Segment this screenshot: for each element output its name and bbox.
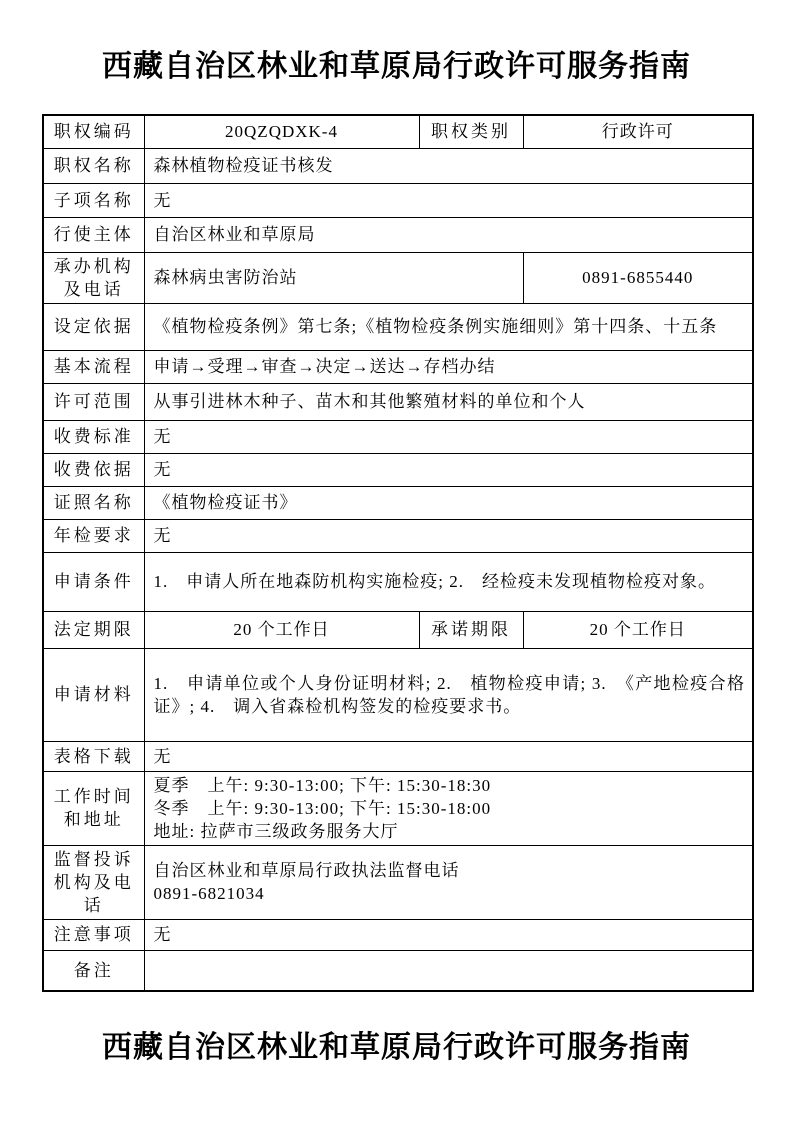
certificate-value: 《植物检疫证书》 — [144, 486, 753, 519]
power-type-value: 行政许可 — [523, 115, 753, 148]
table-row-power-code: 职权编码 20QZQDXK-4 职权类别 行政许可 — [43, 115, 753, 148]
notes-value: 无 — [144, 919, 753, 950]
table-row-annual-check: 年检要求 无 — [43, 519, 753, 552]
table-row-notes: 注意事项 无 — [43, 919, 753, 950]
table-row-subitem: 子项名称 无 — [43, 183, 753, 217]
next-page-title: 西藏自治区林业和草原局行政许可服务指南 — [0, 992, 793, 1067]
table-row-power-name: 职权名称 森林植物检疫证书核发 — [43, 148, 753, 183]
supervision-label-line2: 机构及电话 — [45, 871, 143, 917]
basis-label: 设定依据 — [43, 303, 144, 350]
promised-deadline-value: 20 个工作日 — [523, 611, 753, 648]
agency-label: 承办机构 及电话 — [43, 252, 144, 303]
worktime-value: 夏季 上午: 9:30-13:00; 下午: 15:30-18:30 冬季 上午… — [144, 771, 753, 845]
annual-check-label: 年检要求 — [43, 519, 144, 552]
basis-value: 《植物检疫条例》第七条;《植物检疫条例实施细则》第十四条、十五条 — [144, 303, 753, 350]
authority-label: 行使主体 — [43, 217, 144, 252]
fee-basis-value: 无 — [144, 453, 753, 486]
notes-label: 注意事项 — [43, 919, 144, 950]
conditions-value: 1. 申请人所在地森防机构实施检疫; 2. 经检疫未发现植物检疫对象。 — [144, 552, 753, 611]
worktime-label-line1: 工作时间 — [45, 785, 143, 808]
subitem-value: 无 — [144, 183, 753, 217]
supervision-value: 自治区林业和草原局行政执法监督电话 0891-6821034 — [144, 845, 753, 919]
conditions-label: 申请条件 — [43, 552, 144, 611]
remark-value — [144, 950, 753, 991]
table-row-deadline: 法定期限 20 个工作日 承诺期限 20 个工作日 — [43, 611, 753, 648]
worktime-summer: 夏季 上午: 9:30-13:00; 下午: 15:30-18:30 — [154, 774, 746, 797]
power-code-value: 20QZQDXK-4 — [144, 115, 419, 148]
worktime-address: 地址: 拉萨市三级政务服务大厅 — [154, 820, 746, 843]
materials-label: 申请材料 — [43, 648, 144, 741]
supervision-label: 监督投诉 机构及电话 — [43, 845, 144, 919]
supervision-org: 自治区林业和草原局行政执法监督电话 — [154, 859, 746, 882]
worktime-label-line2: 和地址 — [45, 808, 143, 831]
table-row-process: 基本流程 申请→受理→审查→决定→送达→存档办结 — [43, 350, 753, 383]
table-row-certificate: 证照名称 《植物检疫证书》 — [43, 486, 753, 519]
power-code-label: 职权编码 — [43, 115, 144, 148]
subitem-label: 子项名称 — [43, 183, 144, 217]
table-row-supervision: 监督投诉 机构及电话 自治区林业和草原局行政执法监督电话 0891-682103… — [43, 845, 753, 919]
power-name-value: 森林植物检疫证书核发 — [144, 148, 753, 183]
fee-standard-label: 收费标准 — [43, 420, 144, 453]
table-row-scope: 许可范围 从事引进林木种子、苗木和其他繁殖材料的单位和个人 — [43, 383, 753, 420]
scope-value: 从事引进林木种子、苗木和其他繁殖材料的单位和个人 — [144, 383, 753, 420]
promised-deadline-label: 承诺期限 — [419, 611, 523, 648]
authority-value: 自治区林业和草原局 — [144, 217, 753, 252]
process-value: 申请→受理→审查→决定→送达→存档办结 — [144, 350, 753, 383]
agency-label-line1: 承办机构 — [45, 255, 143, 278]
power-type-label: 职权类别 — [419, 115, 523, 148]
agency-value: 森林病虫害防治站 — [144, 252, 523, 303]
table-row-remark: 备注 — [43, 950, 753, 991]
worktime-winter: 冬季 上午: 9:30-13:00; 下午: 15:30-18:00 — [154, 797, 746, 820]
legal-deadline-value: 20 个工作日 — [144, 611, 419, 648]
table-row-fee-basis: 收费依据 无 — [43, 453, 753, 486]
form-download-value: 无 — [144, 741, 753, 771]
table-row-basis: 设定依据 《植物检疫条例》第七条;《植物检疫条例实施细则》第十四条、十五条 — [43, 303, 753, 350]
table-row-authority: 行使主体 自治区林业和草原局 — [43, 217, 753, 252]
supervision-label-line1: 监督投诉 — [45, 848, 143, 871]
scope-label: 许可范围 — [43, 383, 144, 420]
process-label: 基本流程 — [43, 350, 144, 383]
table-row-fee-standard: 收费标准 无 — [43, 420, 753, 453]
worktime-label: 工作时间 和地址 — [43, 771, 144, 845]
remark-label: 备注 — [43, 950, 144, 991]
table-row-agency: 承办机构 及电话 森林病虫害防治站 0891-6855440 — [43, 252, 753, 303]
page-title: 西藏自治区林业和草原局行政许可服务指南 — [0, 0, 793, 86]
agency-phone: 0891-6855440 — [523, 252, 753, 303]
table-row-conditions: 申请条件 1. 申请人所在地森防机构实施检疫; 2. 经检疫未发现植物检疫对象。 — [43, 552, 753, 611]
table-row-form-download: 表格下载 无 — [43, 741, 753, 771]
table-row-worktime: 工作时间 和地址 夏季 上午: 9:30-13:00; 下午: 15:30-18… — [43, 771, 753, 845]
annual-check-value: 无 — [144, 519, 753, 552]
certificate-label: 证照名称 — [43, 486, 144, 519]
fee-basis-label: 收费依据 — [43, 453, 144, 486]
document-page: 西藏自治区林业和草原局行政许可服务指南 职权编码 20QZQDXK-4 职权类别… — [0, 0, 793, 1122]
form-download-label: 表格下载 — [43, 741, 144, 771]
materials-value: 1. 申请单位或个人身份证明材料; 2. 植物检疫申请; 3. 《产地检疫合格证… — [144, 648, 753, 741]
agency-label-line2: 及电话 — [45, 278, 143, 301]
supervision-phone: 0891-6821034 — [154, 882, 746, 905]
legal-deadline-label: 法定期限 — [43, 611, 144, 648]
table-row-materials: 申请材料 1. 申请单位或个人身份证明材料; 2. 植物检疫申请; 3. 《产地… — [43, 648, 753, 741]
power-name-label: 职权名称 — [43, 148, 144, 183]
admin-license-guide-table: 职权编码 20QZQDXK-4 职权类别 行政许可 职权名称 森林植物检疫证书核… — [42, 114, 754, 992]
fee-standard-value: 无 — [144, 420, 753, 453]
